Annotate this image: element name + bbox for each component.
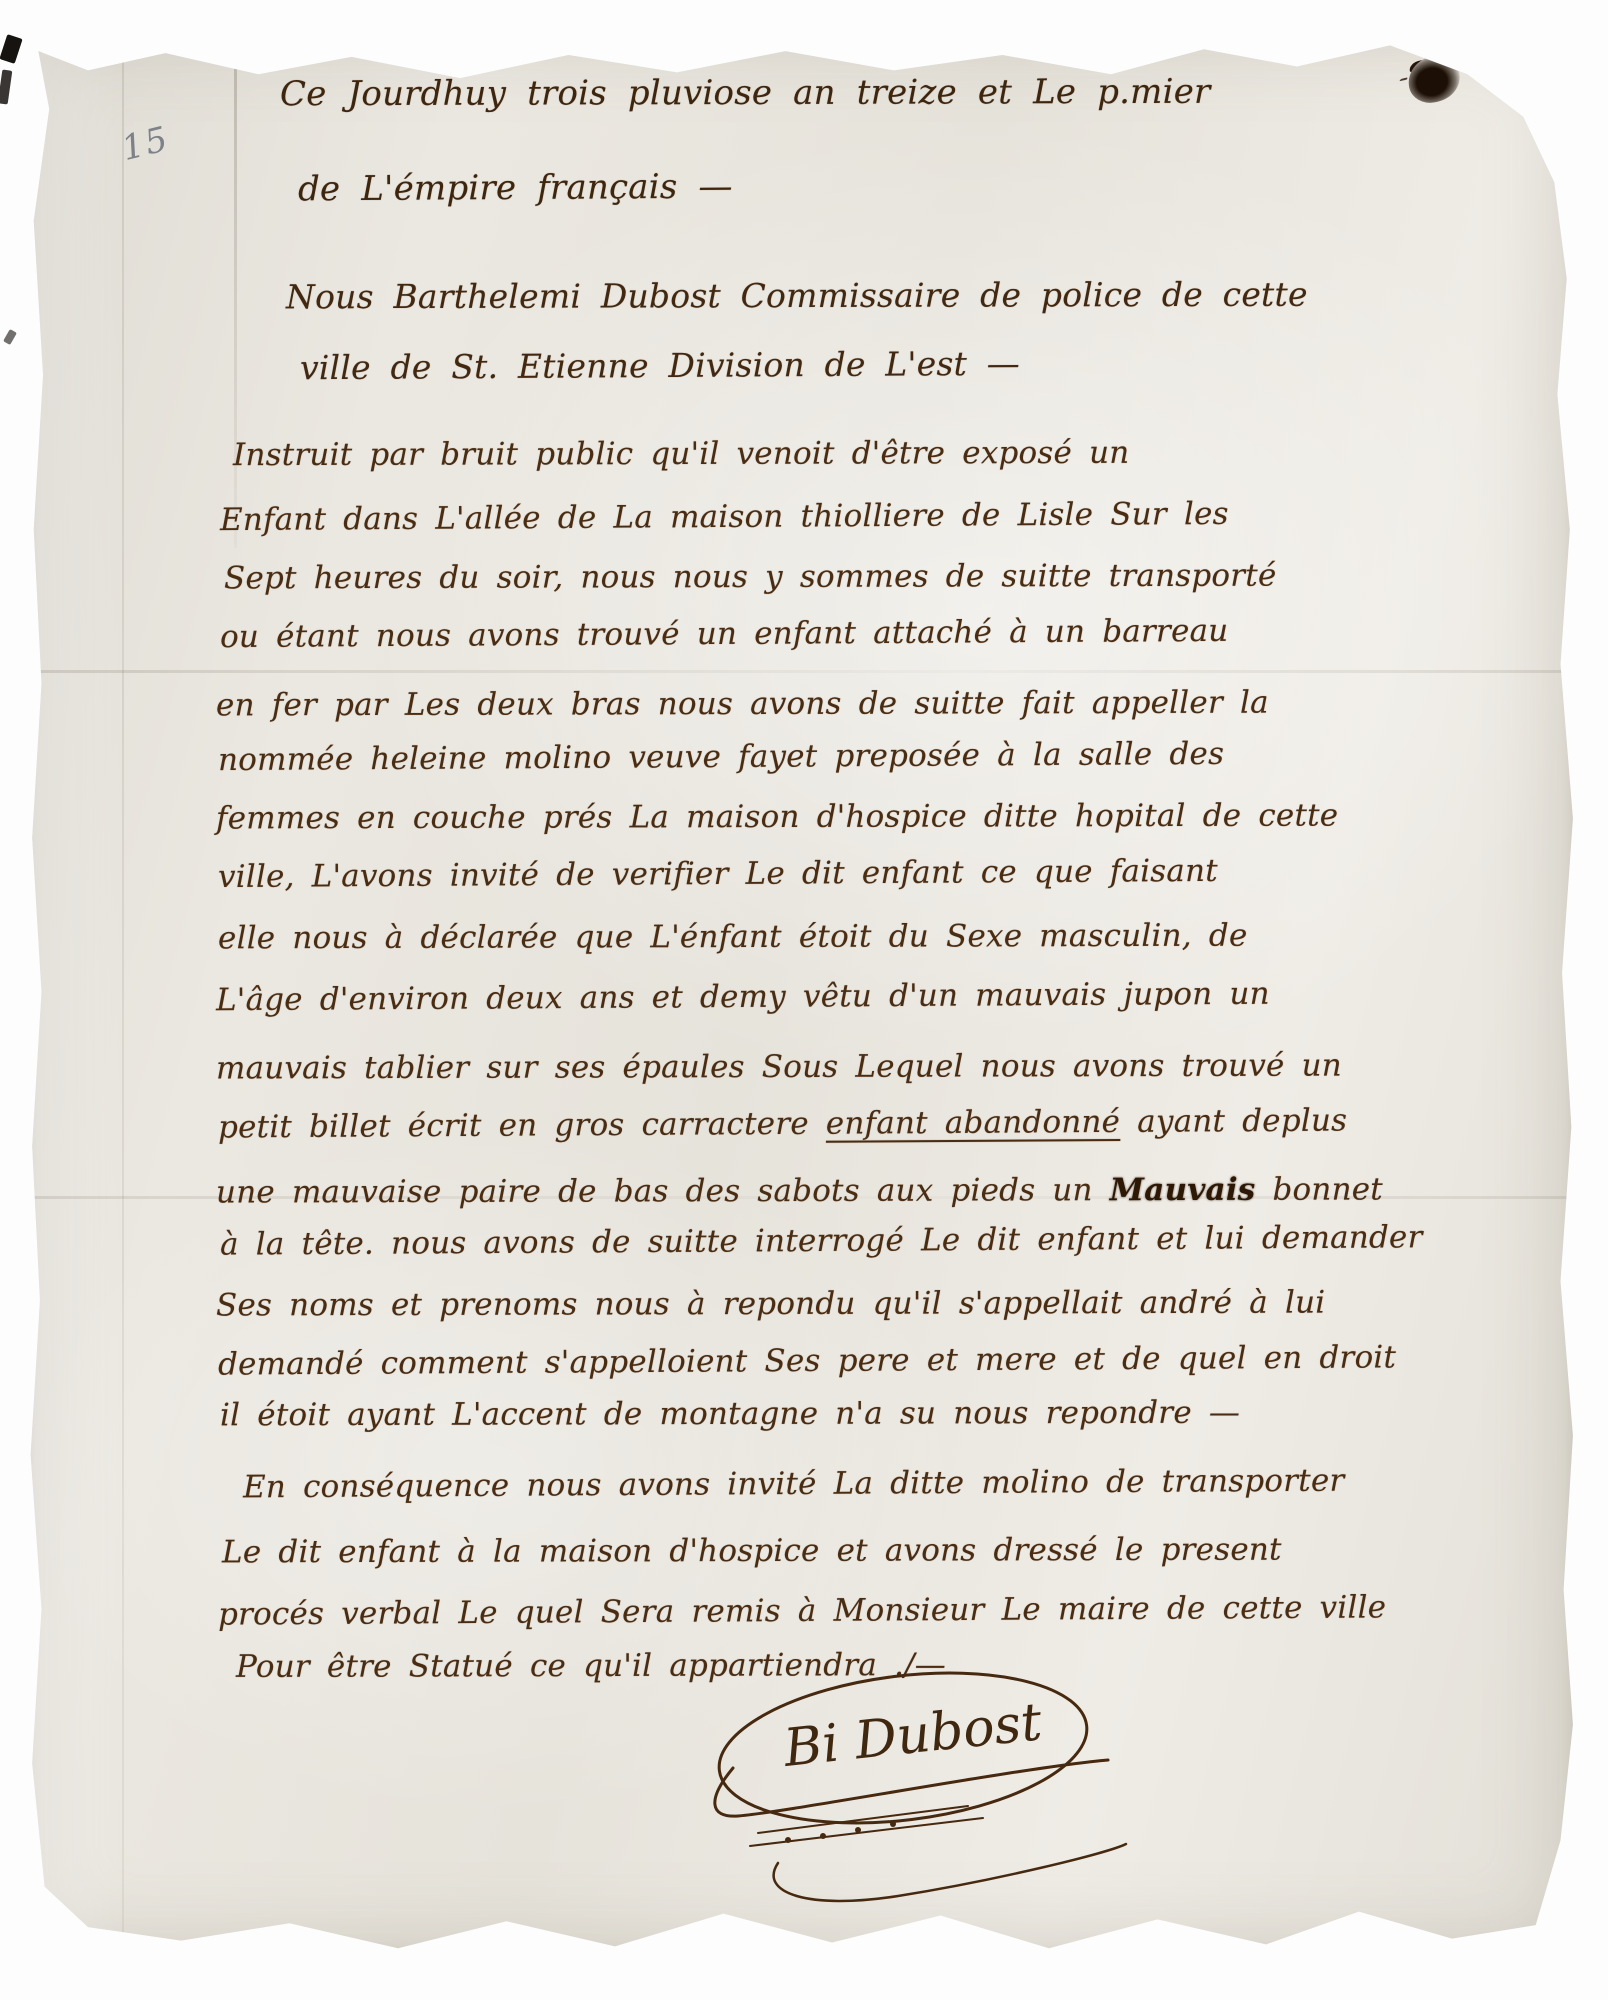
torn-edge-speck (0, 34, 23, 64)
underlined-note: enfant abandonné (826, 1104, 1121, 1142)
line-segment: bonnet (1255, 1171, 1383, 1207)
manuscript-line: Ses noms et prenoms nous à repondu qu'il… (216, 1285, 1325, 1324)
manuscript-line: à la tête. nous avons de suitte interrog… (220, 1219, 1423, 1262)
date-line: Ce Jourdhuy trois pluviose an treize et … (280, 72, 1211, 114)
manuscript-line: femmes en couche prés La maison d'hospic… (216, 798, 1338, 837)
manuscript-line: une mauvaise paire de bas des sabots aux… (216, 1171, 1383, 1210)
line-segment: petit billet écrit en gros carractere (218, 1106, 826, 1146)
signature-name: Bi Dubost (780, 1692, 1045, 1779)
manuscript-line: elle nous à déclarée que L'énfant étoit … (218, 918, 1248, 957)
manuscript-line: mauvais tablier sur ses épaules Sous Leq… (216, 1048, 1342, 1087)
fold-highlight (26, 28, 126, 1956)
pencil-folio-number: 15 (118, 119, 174, 169)
manuscript-line: procés verbal Le quel Sera remis à Monsi… (218, 1589, 1386, 1632)
manuscript-line: ville, L'avons invité de verifier Le dit… (218, 853, 1218, 895)
line-segment: ayant deplus (1120, 1103, 1347, 1140)
manuscript-line: ou étant nous avons trouvé un enfant att… (220, 613, 1229, 655)
date-line: de L'émpire français — (298, 167, 733, 210)
manuscript-line: il étoit ayant L'accent de montagne n'a … (220, 1395, 1240, 1434)
manuscript-line: Sept heures du soir, nous nous y sommes … (224, 558, 1277, 597)
manuscript-line: Instruit par bruit public qu'il venoit d… (233, 435, 1130, 473)
manuscript-line: Le dit enfant à la maison d'hospice et a… (222, 1532, 1282, 1571)
line-segment: une mauvaise paire de bas des sabots aux… (216, 1172, 1110, 1210)
vertical-crease (122, 28, 124, 1956)
manuscript-line: demandé comment s'appelloient Ses pere e… (218, 1339, 1396, 1382)
manuscript-line: L'âge d'environ deux ans et demy vêtu d'… (216, 976, 1270, 1018)
document-scan: 15 Ce Jourdhuy trois pluviose an treize … (0, 0, 1608, 2000)
manuscript-line: nommée heleine molino veuve fayet prepos… (218, 736, 1224, 778)
ink-blot (1404, 51, 1464, 107)
manuscript-line: petit billet écrit en gros carractere en… (218, 1103, 1347, 1146)
overwritten-word: Mauvais (1110, 1172, 1256, 1208)
torn-edge-speck (3, 329, 17, 345)
torn-edge-speck (0, 69, 12, 104)
manuscript-line: En conséquence nous avons invité La ditt… (243, 1463, 1345, 1506)
paper-sheet: 15 Ce Jourdhuy trois pluviose an treize … (26, 28, 1576, 1956)
horizontal-crease (26, 670, 1576, 673)
manuscript-line: Nous Barthelemi Dubost Commissaire de po… (286, 275, 1308, 317)
manuscript-line: en fer par Les deux bras nous avons de s… (216, 685, 1269, 724)
signature-flourish: Bi Dubost (638, 1648, 1138, 1938)
manuscript-line: Enfant dans L'allée de La maison thiolli… (220, 496, 1229, 538)
signature: Bi Dubost (638, 1648, 1138, 1938)
manuscript-line: ville de St. Etienne Division de L'est — (300, 344, 1020, 387)
